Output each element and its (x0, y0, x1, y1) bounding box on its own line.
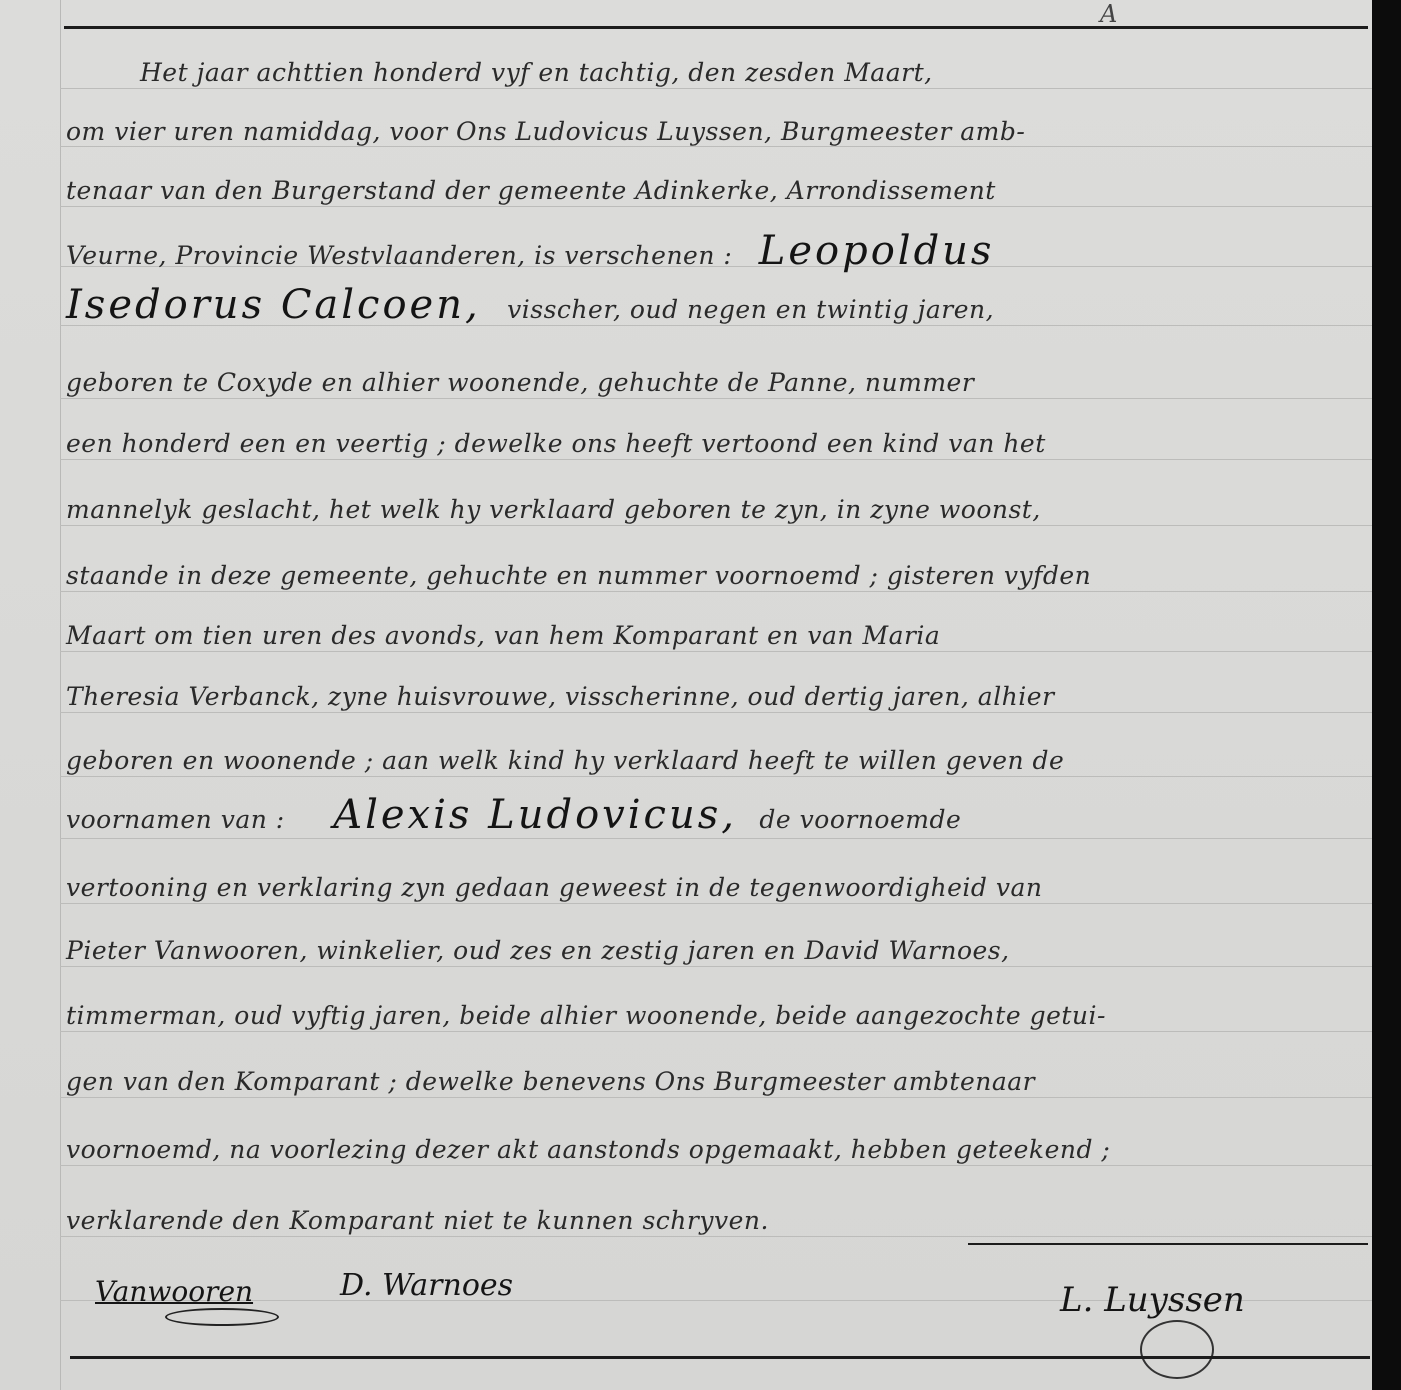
ruled-line (60, 712, 1372, 713)
signature-mayor: L. Luyssen (1060, 1280, 1245, 1320)
ruled-line (60, 1165, 1372, 1166)
ruled-line (60, 1031, 1372, 1032)
ruled-line (60, 966, 1372, 967)
text-line-10: Maart om tien uren des avonds, van hem K… (66, 621, 1362, 651)
ruled-line (60, 525, 1372, 526)
text-line-5: Isedorus Calcoen, visscher, oud negen en… (66, 290, 1362, 325)
ruled-line (60, 206, 1372, 207)
child-name: Alexis Ludovicus (333, 792, 721, 838)
ruled-line (60, 838, 1372, 839)
ruled-line (60, 88, 1372, 89)
text-line-3: tenaar van den Burgerstand der gemeente … (66, 176, 1362, 206)
signature-witness-1: Vanwooren (95, 1275, 253, 1308)
text-line-4-body: Veurne, Provincie Westvlaanderen, is ver… (66, 241, 732, 270)
text-line-13: voornamen van : Alexis Ludovicus, de voo… (66, 800, 1362, 835)
text-line-13-body: voornamen van : (66, 805, 285, 834)
ruled-line (60, 459, 1372, 460)
ruled-line (60, 1097, 1372, 1098)
signature-fill-line (968, 1243, 1368, 1245)
ruled-line (60, 651, 1372, 652)
text-line-11: Theresia Verbanck, zyne huisvrouwe, viss… (66, 682, 1362, 712)
text-line-1: Het jaar achttien honderd vyf en tachtig… (140, 58, 1401, 88)
top-corner-mark: A (1100, 0, 1117, 28)
ruled-line (60, 903, 1372, 904)
text-line-9: staande in deze gemeente, gehuchte en nu… (66, 561, 1362, 591)
text-line-6: geboren te Coxyde en alhier woonende, ge… (66, 368, 1362, 398)
ruled-line (60, 591, 1372, 592)
text-line-16: timmerman, oud vyftig jaren, beide alhie… (66, 1001, 1362, 1031)
ruled-line (60, 776, 1372, 777)
register-page: A Het jaar achttien honderd vyf en tacht… (0, 0, 1372, 1390)
text-line-2: om vier uren namiddag, voor Ons Ludovicu… (66, 117, 1362, 147)
text-line-17: gen van den Komparant ; dewelke benevens… (66, 1067, 1362, 1097)
text-line-19: verklarende den Komparant niet te kunnen… (66, 1206, 1362, 1236)
bottom-rule (70, 1356, 1370, 1359)
father-occupation-age: visscher, oud negen en twintig jaren, (507, 295, 994, 324)
margin-line (60, 0, 61, 1390)
top-rule (64, 26, 1368, 29)
text-line-14: vertooning en verklaring zyn gedaan gewe… (66, 873, 1362, 903)
text-line-7: een honderd een en veertig ; dewelke ons… (66, 429, 1362, 459)
scan-edge (1372, 0, 1401, 1390)
text-line-8: mannelyk geslacht, het welk hy verklaard… (66, 495, 1362, 525)
text-line-12: geboren en woonende ; aan welk kind hy v… (66, 746, 1362, 776)
text-line-4: Veurne, Provincie Westvlaanderen, is ver… (66, 236, 1362, 271)
text-line-13-tail: de voornoemde (759, 805, 961, 834)
text-line-18: voornoemd, na voorlezing dezer akt aanst… (66, 1135, 1362, 1165)
signature-flourish (165, 1308, 279, 1326)
text-line-15: Pieter Vanwooren, winkelier, oud zes en … (66, 936, 1362, 966)
ruled-line (60, 1236, 1372, 1237)
ruled-line (60, 398, 1372, 399)
signature-witness-2: D. Warnoes (340, 1268, 513, 1303)
signature-flourish (1140, 1320, 1214, 1379)
child-name-comma: , (721, 792, 737, 838)
father-name: Isedorus Calcoen, (66, 282, 481, 328)
father-first-name: Leopoldus (759, 228, 995, 274)
